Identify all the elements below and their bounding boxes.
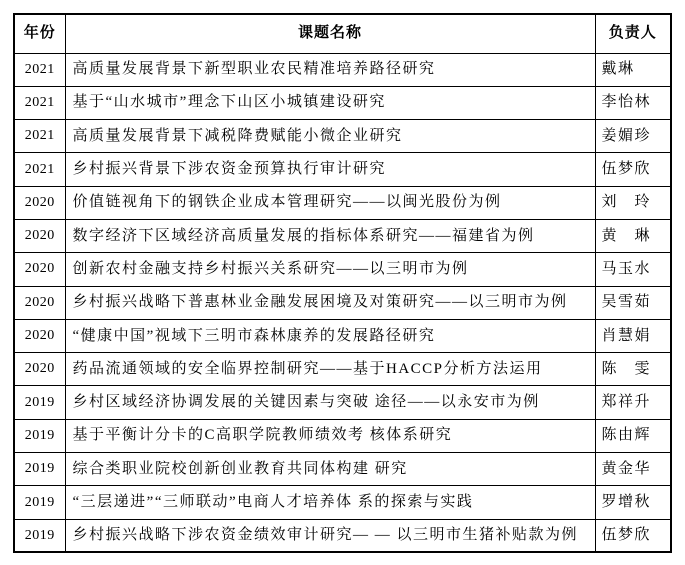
- leader-cell: 吴雪茹: [595, 286, 671, 319]
- year-cell: 2020: [14, 186, 65, 219]
- leader-cell: 陈 雯: [595, 353, 671, 386]
- project-title-cell: 基于平衡计分卡的C高职学院教师绩效考 核体系研究: [65, 419, 595, 452]
- year-cell: 2019: [14, 453, 65, 486]
- project-title-cell: 乡村振兴战略下普惠林业金融发展困境及对策研究——以三明市为例: [65, 286, 595, 319]
- project-title-cell: 药品流通领域的安全临界控制研究——基于HACCP分析方法运用: [65, 353, 595, 386]
- year-cell: 2021: [14, 53, 65, 86]
- year-cell: 2019: [14, 419, 65, 452]
- table-row: 2020 价值链视角下的钢铁企业成本管理研究——以闽光股份为例 刘 玲: [14, 186, 671, 219]
- year-cell: 2020: [14, 253, 65, 286]
- leader-cell: 伍梦欣: [595, 519, 671, 552]
- table-row: 2019 乡村区域经济协调发展的关键因素与突破 途径——以永安市为例 郑祥升: [14, 386, 671, 419]
- table-row: 2021 高质量发展背景下新型职业农民精准培养路径研究 戴琳: [14, 53, 671, 86]
- leader-cell: 姜媚珍: [595, 120, 671, 153]
- project-title-cell: 基于“山水城市”理念下山区小城镇建设研究: [65, 86, 595, 119]
- table-row: 2020 乡村振兴战略下普惠林业金融发展困境及对策研究——以三明市为例 吴雪茹: [14, 286, 671, 319]
- table-row: 2021 乡村振兴背景下涉农资金预算执行审计研究 伍梦欣: [14, 153, 671, 186]
- year-cell: 2020: [14, 319, 65, 352]
- header-year: 年份: [14, 14, 65, 53]
- leader-cell: 李怡林: [595, 86, 671, 119]
- research-projects-table: 年份 课题名称 负责人 2021 高质量发展背景下新型职业农民精准培养路径研究 …: [13, 13, 672, 553]
- table-row: 2019 基于平衡计分卡的C高职学院教师绩效考 核体系研究 陈由辉: [14, 419, 671, 452]
- leader-cell: 黄 琳: [595, 219, 671, 252]
- table-row: 2019 “三层递进”“三师联动”电商人才培养体 系的探索与实践 罗增秋: [14, 486, 671, 519]
- leader-cell: 肖慧娟: [595, 319, 671, 352]
- table-header-row: 年份 课题名称 负责人: [14, 14, 671, 53]
- leader-cell: 马玉水: [595, 253, 671, 286]
- project-title-cell: “三层递进”“三师联动”电商人才培养体 系的探索与实践: [65, 486, 595, 519]
- project-title-cell: 高质量发展背景下新型职业农民精准培养路径研究: [65, 53, 595, 86]
- project-title-cell: 高质量发展背景下减税降费赋能小微企业研究: [65, 120, 595, 153]
- year-cell: 2021: [14, 153, 65, 186]
- year-cell: 2019: [14, 386, 65, 419]
- leader-cell: 刘 玲: [595, 186, 671, 219]
- leader-cell: 郑祥升: [595, 386, 671, 419]
- table-row: 2019 乡村振兴战略下涉农资金绩效审计研究— — 以三明市生猪补贴款为例 伍梦…: [14, 519, 671, 552]
- leader-cell: 黄金华: [595, 453, 671, 486]
- year-cell: 2020: [14, 219, 65, 252]
- year-cell: 2021: [14, 120, 65, 153]
- year-cell: 2019: [14, 486, 65, 519]
- project-title-cell: 乡村振兴背景下涉农资金预算执行审计研究: [65, 153, 595, 186]
- table-row: 2019 综合类职业院校创新创业教育共同体构建 研究 黄金华: [14, 453, 671, 486]
- leader-cell: 罗增秋: [595, 486, 671, 519]
- table-row: 2020 创新农村金融支持乡村振兴关系研究——以三明市为例 马玉水: [14, 253, 671, 286]
- header-project-title: 课题名称: [65, 14, 595, 53]
- project-title-cell: 创新农村金融支持乡村振兴关系研究——以三明市为例: [65, 253, 595, 286]
- project-title-cell: 价值链视角下的钢铁企业成本管理研究——以闽光股份为例: [65, 186, 595, 219]
- table-row: 2020 “健康中国”视域下三明市森林康养的发展路径研究 肖慧娟: [14, 319, 671, 352]
- project-title-cell: 乡村振兴战略下涉农资金绩效审计研究— — 以三明市生猪补贴款为例: [65, 519, 595, 552]
- project-title-cell: “健康中国”视域下三明市森林康养的发展路径研究: [65, 319, 595, 352]
- table-row: 2021 高质量发展背景下减税降费赋能小微企业研究 姜媚珍: [14, 120, 671, 153]
- project-title-cell: 数字经济下区域经济高质量发展的指标体系研究——福建省为例: [65, 219, 595, 252]
- year-cell: 2020: [14, 286, 65, 319]
- table-row: 2021 基于“山水城市”理念下山区小城镇建设研究 李怡林: [14, 86, 671, 119]
- table-row: 2020 数字经济下区域经济高质量发展的指标体系研究——福建省为例 黄 琳: [14, 219, 671, 252]
- project-title-cell: 综合类职业院校创新创业教育共同体构建 研究: [65, 453, 595, 486]
- leader-cell: 伍梦欣: [595, 153, 671, 186]
- year-cell: 2020: [14, 353, 65, 386]
- year-cell: 2019: [14, 519, 65, 552]
- year-cell: 2021: [14, 86, 65, 119]
- leader-cell: 戴琳: [595, 53, 671, 86]
- table-row: 2020 药品流通领域的安全临界控制研究——基于HACCP分析方法运用 陈 雯: [14, 353, 671, 386]
- header-leader: 负责人: [595, 14, 671, 53]
- leader-cell: 陈由辉: [595, 419, 671, 452]
- project-title-cell: 乡村区域经济协调发展的关键因素与突破 途径——以永安市为例: [65, 386, 595, 419]
